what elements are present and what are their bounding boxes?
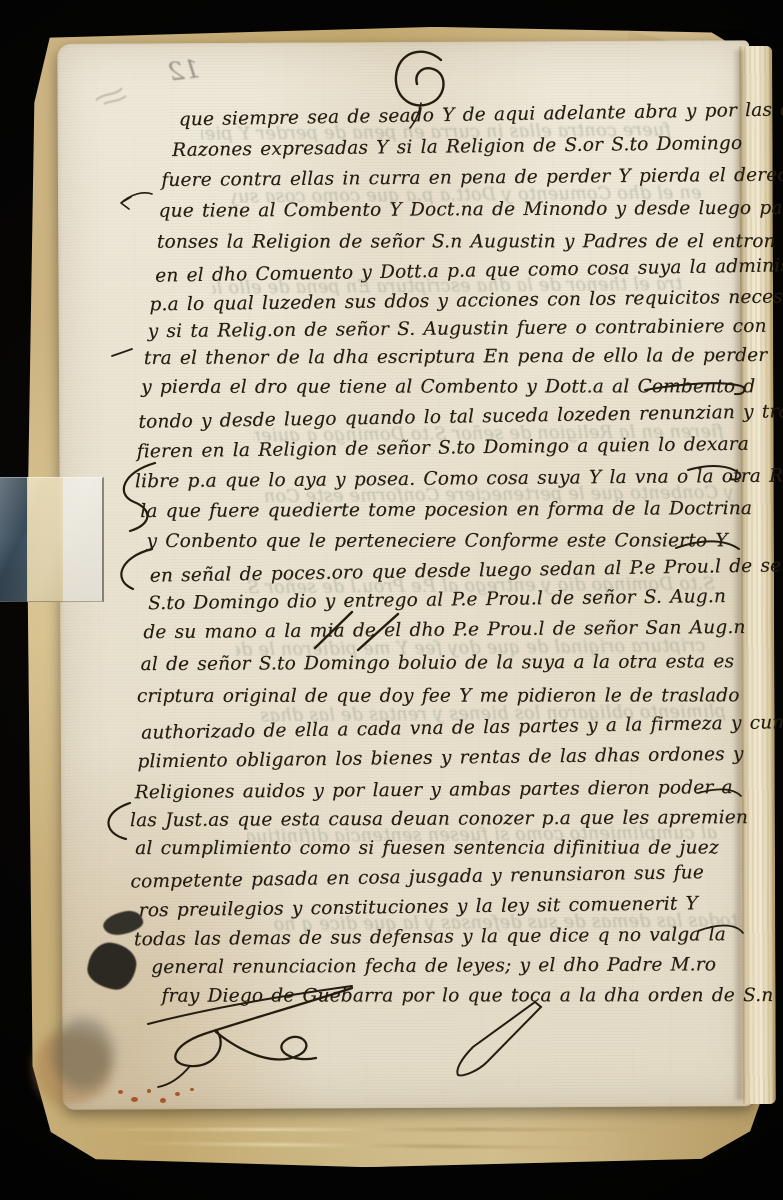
fastener-tab-over-vellum bbox=[27, 477, 63, 602]
show-through-clip: al cumplimiento como si fuesen sentencia… bbox=[247, 823, 717, 851]
show-through-clip: en el dho Comuento y Dott.a p.a que como… bbox=[231, 183, 701, 211]
show-through-clip: fuere contra ellas in curra en pena de p… bbox=[201, 121, 671, 149]
show-through-clip: fieren en la Religion de señor S.to Domi… bbox=[253, 422, 723, 450]
manuscript-line: fray Diego de Guebarra por lo que toca a… bbox=[161, 987, 773, 1006]
manuscript-line: y pierda el dro que tiene al Combento y … bbox=[141, 378, 755, 397]
show-through-text: fieren en la Religion de señor S.to Domi… bbox=[253, 422, 723, 446]
show-through-text: tra el thenor de la dha escriptura En pe… bbox=[212, 274, 682, 298]
show-through-text: criptura original de que doy fee Y me pi… bbox=[235, 636, 705, 660]
manuscript-text-block: que siempre sea de seado Y de aqui adela… bbox=[0, 0, 783, 1200]
show-through-text: plimiento obligaron los bienes y rentas … bbox=[256, 702, 726, 726]
show-through-clip: todas las demas de sus defensas y la que… bbox=[268, 911, 738, 939]
show-through-text: fuere contra ellas in curra en pena de p… bbox=[201, 121, 671, 145]
manuscript-line: tonses la Religion de señor S.n Augustin… bbox=[157, 233, 776, 252]
fastener-tab-over-black bbox=[0, 477, 27, 602]
rust-speck bbox=[131, 1097, 138, 1102]
manuscript-line: tra el thenor de la dha escriptura En pe… bbox=[144, 347, 768, 369]
rust-speck bbox=[175, 1092, 180, 1096]
show-through-clip: y Conbento que le perteneciere Conforme … bbox=[264, 483, 734, 511]
show-through-text: S.to Domingo dio y entrego al P.e Prou.l… bbox=[245, 574, 715, 598]
show-through-text: todas las demas de sus defensas y la que… bbox=[268, 911, 738, 935]
show-through-clip: criptura original de que doy fee Y me pi… bbox=[235, 636, 705, 664]
rust-speck bbox=[118, 1090, 123, 1094]
show-through-clip: S.to Domingo dio y entrego al P.e Prou.l… bbox=[245, 574, 715, 602]
fastener-tab-over-paper bbox=[63, 477, 104, 602]
soot-smudge bbox=[52, 1018, 114, 1090]
manuscript-line: y si ta Relig.on de señor S. Augustin fu… bbox=[148, 318, 767, 342]
rust-speck bbox=[147, 1089, 151, 1093]
show-through-text: al cumplimiento como si fuesen sentencia… bbox=[247, 823, 717, 847]
show-through-text: en el dho Comuento y Dott.a p.a que como… bbox=[231, 183, 701, 207]
manuscript-line: plimiento obligaron los bienes y rentas … bbox=[137, 746, 743, 772]
rust-speck bbox=[190, 1088, 194, 1091]
manuscript-line: y Conbento que le perteneciere Conforme … bbox=[146, 532, 727, 551]
show-through-clip: plimiento obligaron los bienes y rentas … bbox=[256, 702, 726, 730]
manuscript-line: general renunciacion fecha de leyes; y e… bbox=[151, 956, 716, 977]
manuscript-photo: 12 que siempre sea de seado Y de aqui ad… bbox=[0, 0, 783, 1200]
manuscript-line: competente pasada en cosa jusgada y renu… bbox=[130, 864, 704, 892]
fastener-tab bbox=[0, 477, 104, 602]
show-through-clip: tra el thenor de la dha escriptura En pe… bbox=[212, 274, 682, 302]
show-through-text: y Conbento que le perteneciere Conforme … bbox=[264, 483, 734, 507]
rust-speck bbox=[160, 1098, 166, 1103]
manuscript-line: Religiones auidos y por lauer y ambas pa… bbox=[135, 779, 733, 803]
